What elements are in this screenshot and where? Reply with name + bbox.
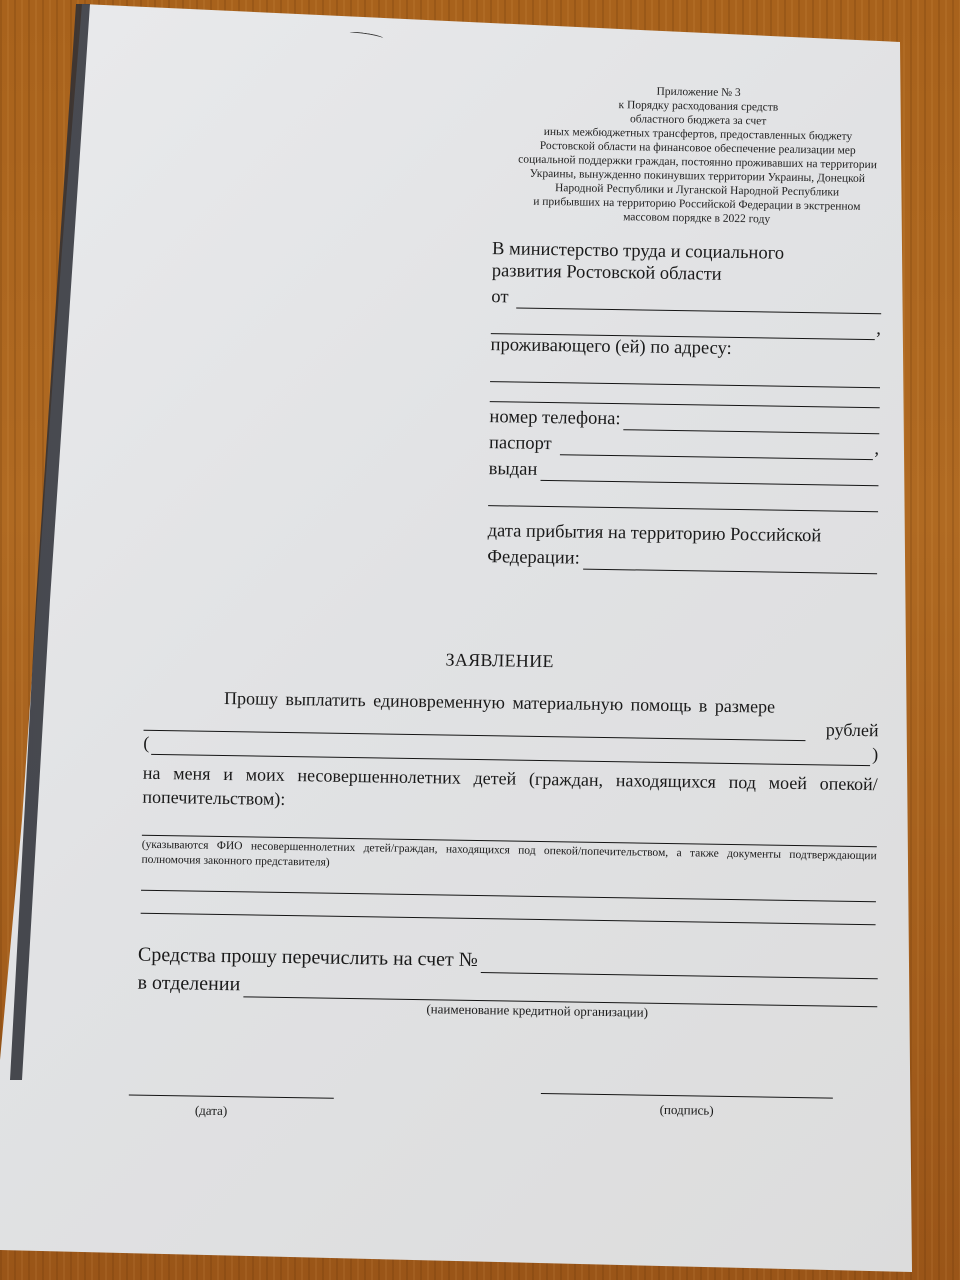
- comma: ,: [874, 438, 879, 460]
- phone-input-line[interactable]: [623, 411, 879, 434]
- phone-label: номер телефона:: [489, 406, 620, 430]
- date-input-line[interactable]: [129, 1095, 334, 1099]
- arrival-date-input-line[interactable]: [583, 551, 878, 575]
- date-signature-field: (дата): [128, 1095, 333, 1121]
- annex-header: Приложение № 3 к Порядку расходования ср…: [487, 82, 909, 229]
- open-paren: (: [143, 731, 149, 755]
- issued-label: выдан: [489, 458, 538, 481]
- from-label: от: [491, 286, 508, 308]
- signature-caption: (подпись): [541, 1100, 833, 1121]
- application-form: Приложение № 3 к Порядку расходования ср…: [0, 0, 960, 1280]
- document-title: ЗАЯВЛЕНИЕ: [140, 645, 860, 677]
- bank-block: Средства прошу перечислить на счет № в о…: [137, 940, 878, 1026]
- arrival-label-2: Федерации:: [487, 546, 580, 569]
- comma: ,: [876, 318, 881, 340]
- ink-mark: [349, 31, 383, 41]
- currency-label: рублей: [826, 717, 879, 742]
- date-caption: (дата): [128, 1102, 293, 1121]
- signature-input-line[interactable]: [541, 1093, 833, 1099]
- account-label: Средства прошу перечислить на счет №: [138, 942, 478, 973]
- addressee-block: В министерство труда и социального разви…: [487, 238, 882, 574]
- signature-field: (подпись): [541, 1093, 833, 1121]
- close-paren: ): [872, 742, 878, 766]
- branch-label: в отделении: [137, 970, 240, 998]
- request-block: Прошу выплатить единовременную материаль…: [141, 685, 880, 926]
- recipients-text: на меня и моих несовершеннолетних детей …: [142, 761, 878, 821]
- passport-label: паспорт: [489, 432, 552, 455]
